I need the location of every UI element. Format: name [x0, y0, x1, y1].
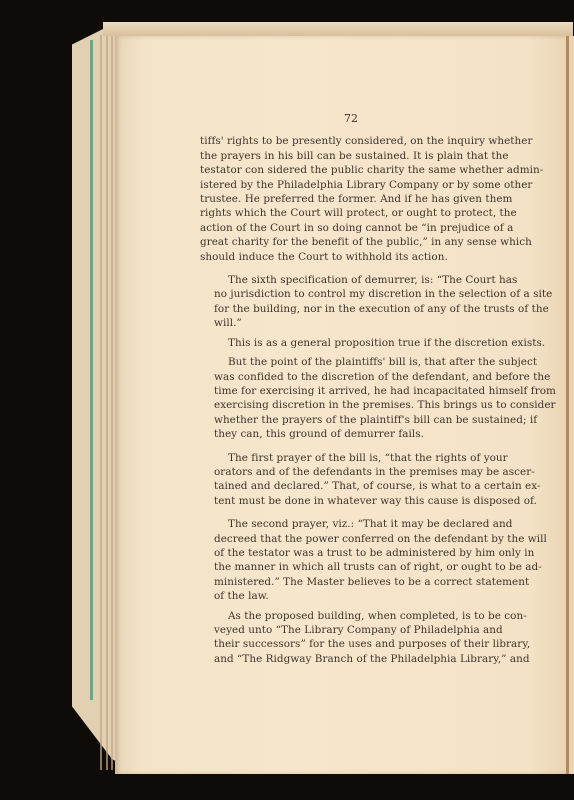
paragraph: The second prayer, viz.: “That it may be… [200, 517, 502, 603]
text-line: the manner in which all trusts can of ri… [200, 560, 502, 574]
text-line: exercising discretion in the premises. T… [200, 398, 502, 412]
text-line: no jurisdiction to control my discretion… [200, 287, 502, 301]
text-line: time for exercising it arrived, he had i… [200, 384, 502, 398]
text-line: tent must be done in whatever way this c… [200, 494, 502, 508]
text-line: for the building, nor in the execution o… [200, 302, 502, 316]
text-line: was confided to the discretion of the de… [200, 370, 502, 384]
text-line: should induce the Court to withhold its … [200, 250, 502, 264]
text-line: This is as a general proposition true if… [200, 336, 502, 350]
text-line: action of the Court in so doing cannot b… [200, 221, 502, 235]
paragraph: This is as a general proposition true if… [200, 336, 502, 350]
page-number: 72 [200, 112, 502, 126]
text-line: of the law. [200, 589, 502, 603]
page-text: 72 tiffs' rights to be presently conside… [200, 112, 502, 666]
text-line: and “The Ridgway Branch of the Philadelp… [200, 652, 502, 666]
text-line: whether the prayers of the plaintiff's b… [200, 413, 502, 427]
text-line: The second prayer, viz.: “That it may be… [200, 517, 502, 531]
text-line: ministered.” The Master believes to be a… [200, 575, 502, 589]
text-line: will.” [200, 316, 502, 330]
text-line: istered by the Philadelphia Library Comp… [200, 178, 502, 192]
page-edge-line [106, 35, 108, 770]
text-line: trustee. He preferred the former. And if… [200, 192, 502, 206]
text-line: of the testator was a trust to be admini… [200, 546, 502, 560]
text-line: orators and of the defendants in the pre… [200, 465, 502, 479]
facing-page-edge [569, 36, 574, 774]
text-line: The sixth specification of demurrer, is:… [200, 273, 502, 287]
text-line: they can, this ground of demurrer fails. [200, 427, 502, 441]
text-line: rights which the Court will protect, or … [200, 206, 502, 220]
text-line: The first prayer of the bill is, “that t… [200, 451, 502, 465]
page-top-edge [103, 22, 573, 36]
text-line: decreed that the power conferred on the … [200, 532, 502, 546]
text-line: As the proposed building, when completed… [200, 609, 502, 623]
text-line: But the point of the plaintiffs' bill is… [200, 355, 502, 369]
paragraph: The first prayer of the bill is, “that t… [200, 451, 502, 509]
text-line: veyed unto “The Library Company of Phila… [200, 623, 502, 637]
cover-edge [90, 40, 93, 700]
page-edge-line [100, 35, 102, 770]
paragraph: But the point of the plaintiffs' bill is… [200, 355, 502, 441]
text-line: tained and declared.” That, of course, i… [200, 479, 502, 493]
paragraph: tiffs' rights to be presently considered… [200, 134, 502, 264]
text-line: tiffs' rights to be presently considered… [200, 134, 502, 148]
paragraph: The sixth specification of demurrer, is:… [200, 273, 502, 331]
paragraph: As the proposed building, when completed… [200, 609, 502, 667]
text-line: great charity for the benefit of the pub… [200, 235, 502, 249]
text-line: testator con sidered the public charity … [200, 163, 502, 177]
text-line: the prayers in his bill can be sustained… [200, 149, 502, 163]
page-edge-line [111, 35, 113, 770]
text-line: their successors” for the uses and purpo… [200, 637, 502, 651]
